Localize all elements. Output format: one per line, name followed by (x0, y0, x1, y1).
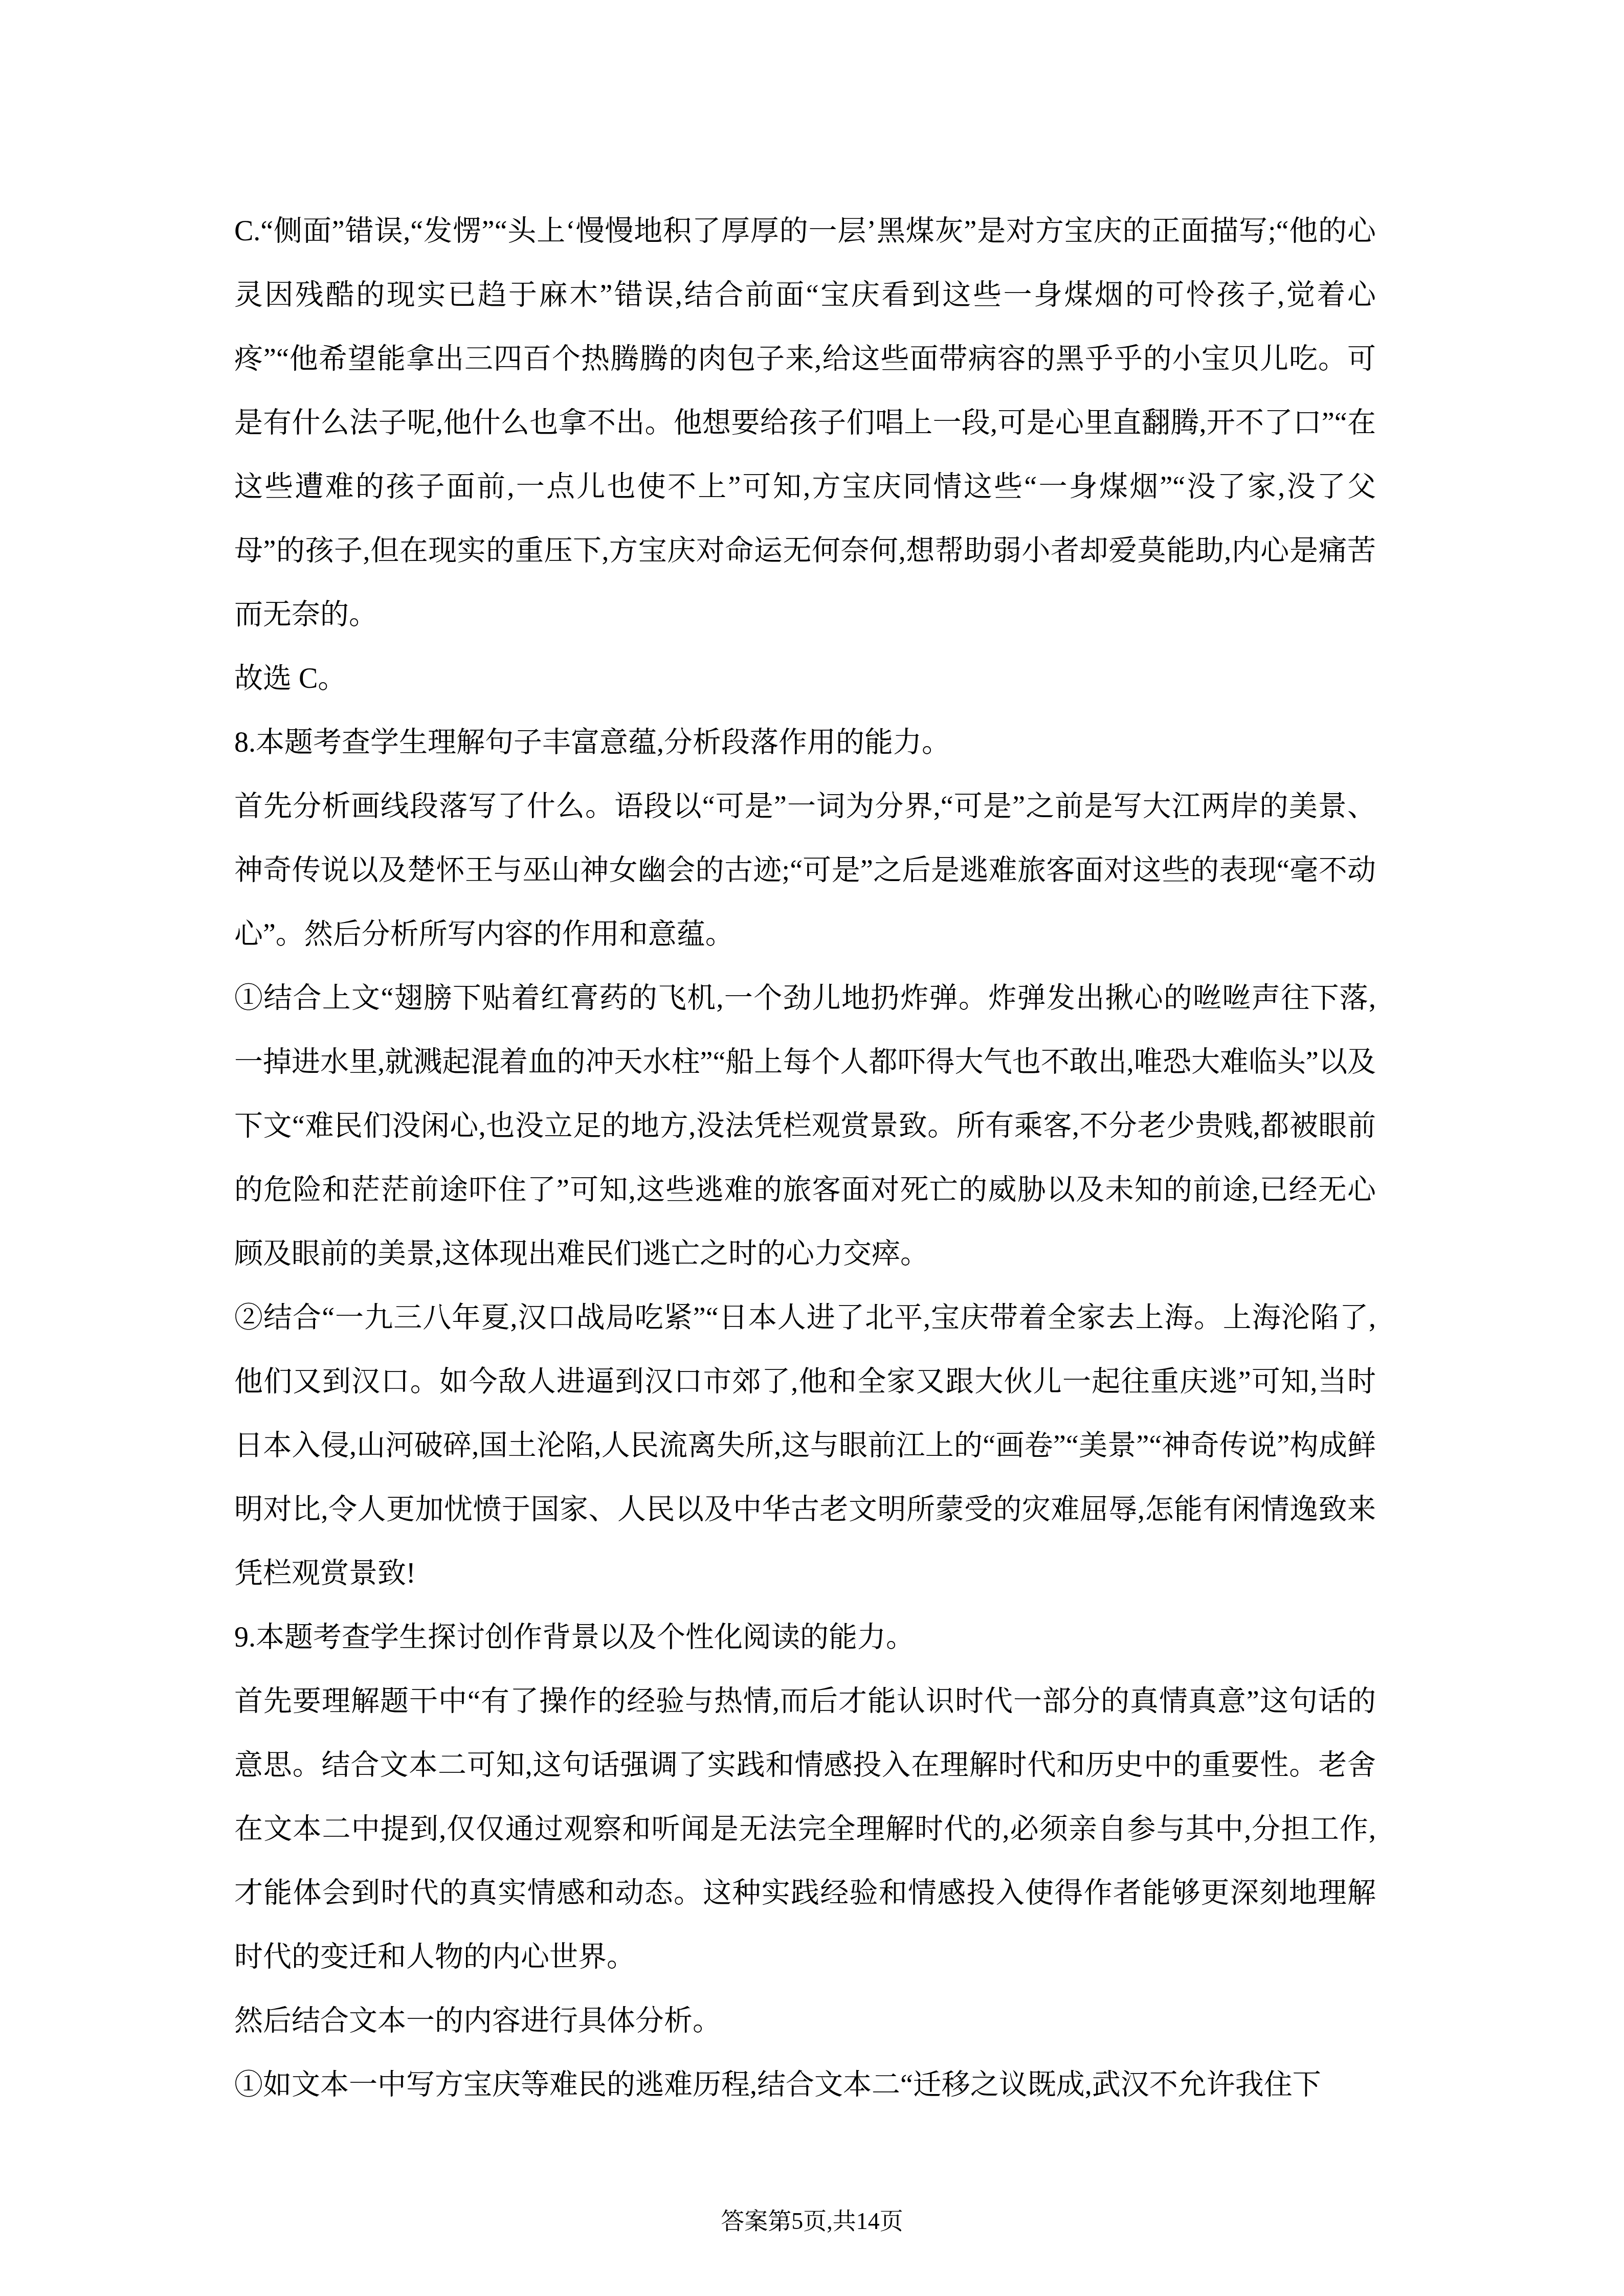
paragraph-question9-intro: 9.本题考查学生探讨创作背景以及个性化阅读的能力。 (234, 1606, 1376, 1670)
paragraph-answer-choice: 故选 C。 (234, 647, 1376, 711)
paragraph-question8-point2: ②结合“一九三八年夏,汉口战局吃紧”“日本人进了北平,宝庆带着全家去上海。上海沦… (234, 1286, 1376, 1606)
page-footer: 答案第5页,共14页 (0, 2205, 1624, 2238)
paragraph-question8-point1: ①结合上文“翅膀下贴着红膏药的飞机,一个劲儿地扔炸弹。炸弹发出揪心的咝咝声往下落… (234, 966, 1376, 1286)
document-page: C.“侧面”错误,“发愣”“头上‘慢慢地积了厚厚的一层’黑煤灰”是对方宝庆的正面… (0, 0, 1624, 2296)
paragraph-question9-analysis: 首先要理解题干中“有了操作的经验与热情,而后才能认识时代一部分的真情真意”这句话… (234, 1670, 1376, 1989)
paragraph-question9-point1: ①如文本一中写方宝庆等难民的逃难历程,结合文本二“迁移之议既成,武汉不允许我住下 (234, 2053, 1376, 2117)
answer-text-block: C.“侧面”错误,“发愣”“头上‘慢慢地积了厚厚的一层’黑煤灰”是对方宝庆的正面… (234, 199, 1376, 2117)
paragraph-question9-transition: 然后结合文本一的内容进行具体分析。 (234, 1989, 1376, 2053)
paragraph-option-c-analysis: C.“侧面”错误,“发愣”“头上‘慢慢地积了厚厚的一层’黑煤灰”是对方宝庆的正面… (234, 199, 1376, 647)
paragraph-question8-analysis: 首先分析画线段落写了什么。语段以“可是”一词为分界,“可是”之前是写大江两岸的美… (234, 775, 1376, 966)
paragraph-question8-intro: 8.本题考查学生理解句子丰富意蕴,分析段落作用的能力。 (234, 711, 1376, 775)
